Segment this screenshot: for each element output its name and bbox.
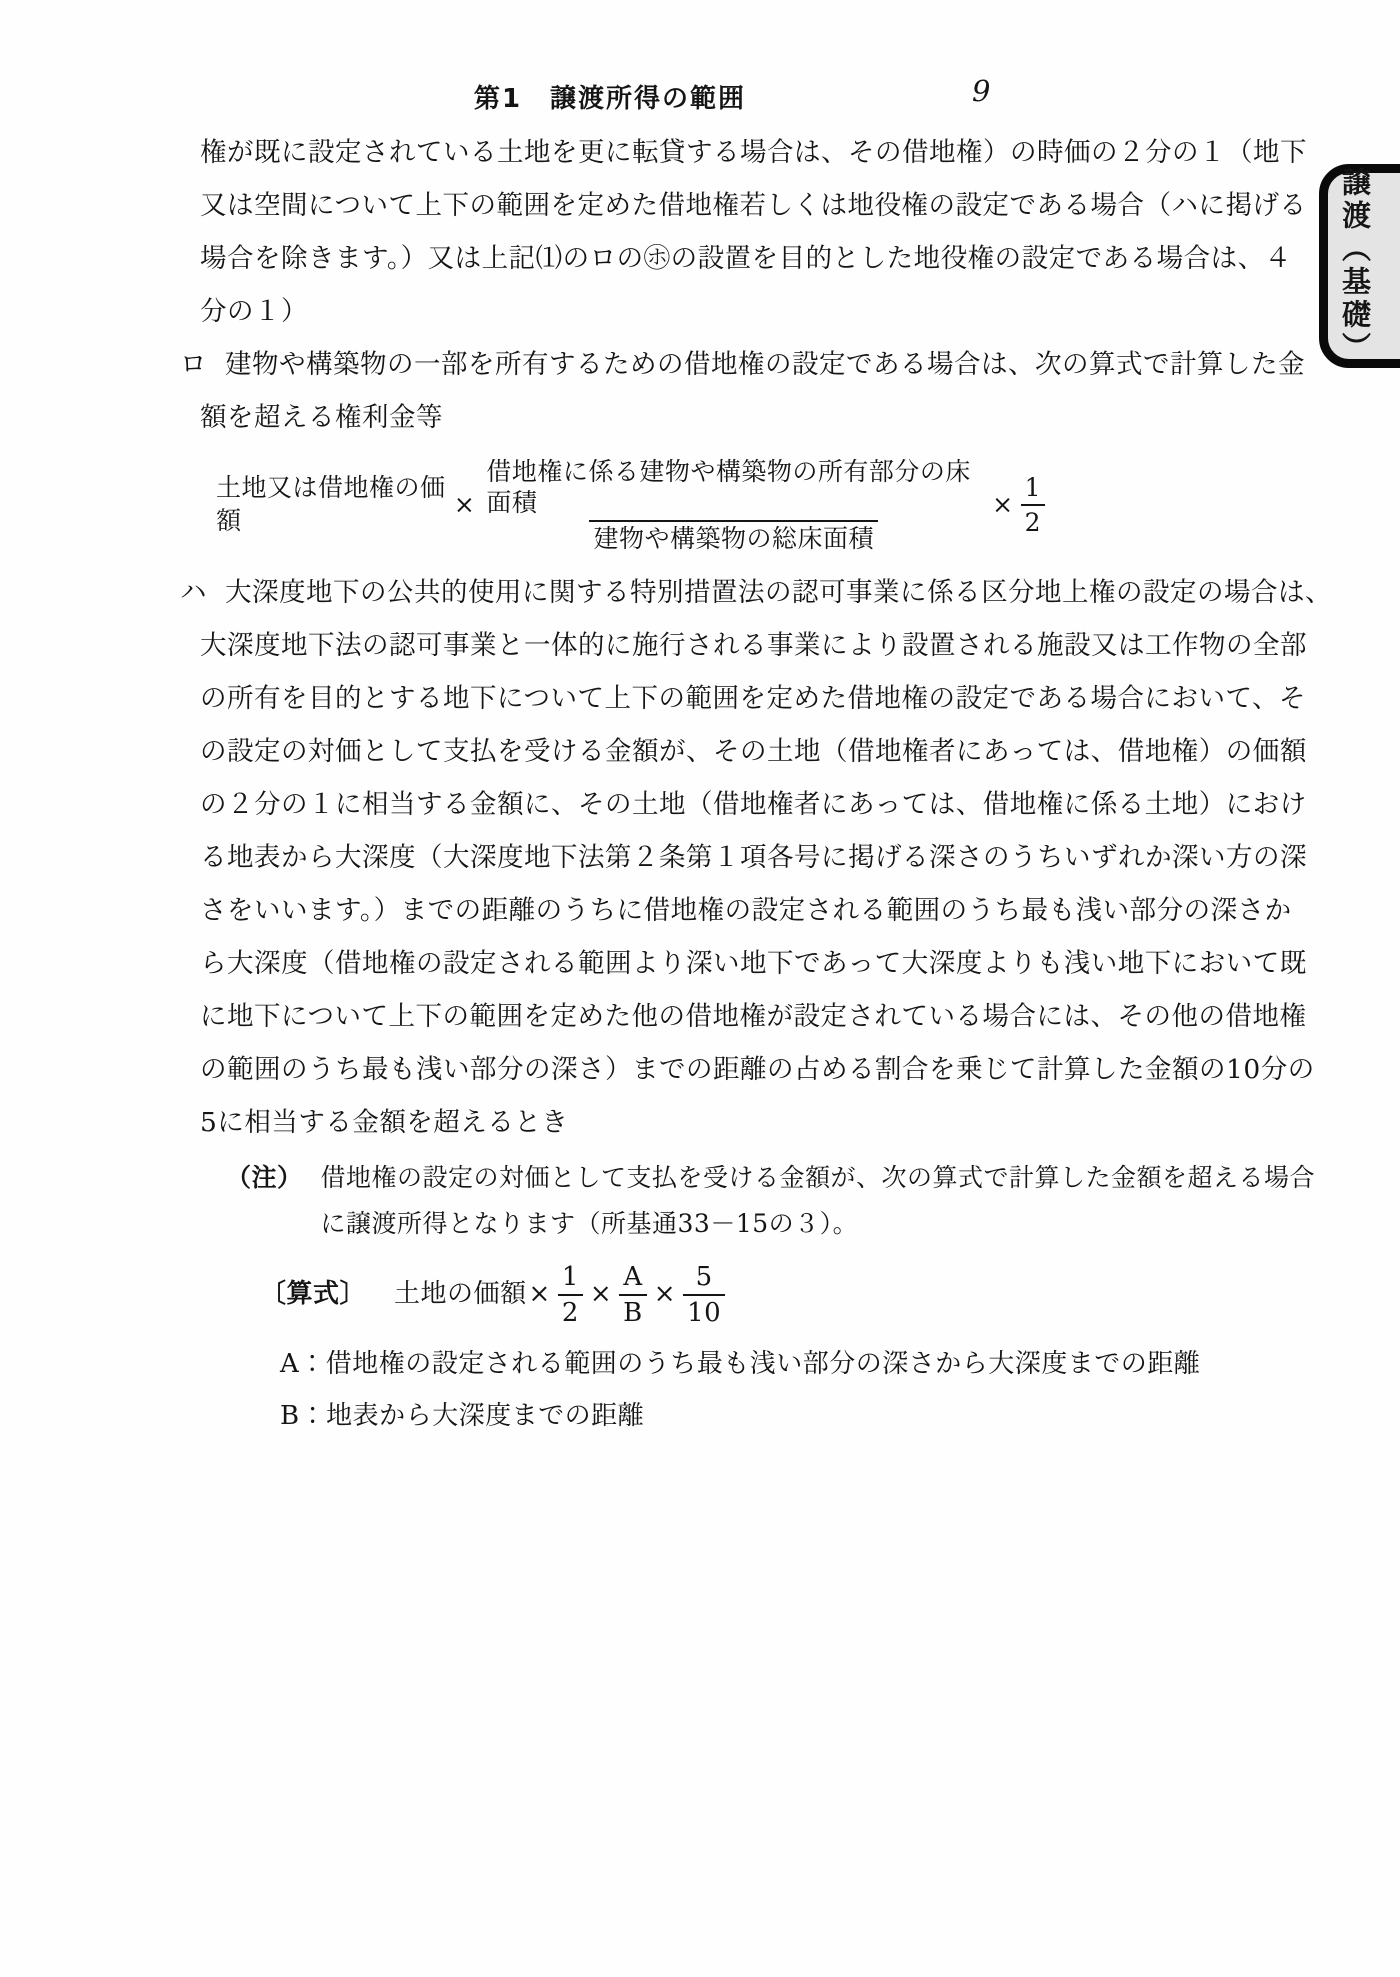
- document-page: 第1 譲渡所得の範囲 9 譲渡（基礎） 権が既に設定されている土地を更に転貸する…: [0, 0, 1400, 1977]
- note-marker: （注）: [226, 1155, 303, 1247]
- formula2-fraction-ab: A B: [619, 1261, 647, 1330]
- side-tab-label: 譲渡（基礎）: [1340, 167, 1369, 365]
- formula1-half-fraction: 1 2: [1021, 472, 1045, 539]
- fraction-denominator: 2: [1021, 504, 1045, 538]
- page-title: 第1 譲渡所得の範囲: [180, 78, 1040, 115]
- formula1-prefix: 土地又は借地権の価額: [216, 472, 452, 537]
- item-ha-cont-line: に地下について上下の範囲を定めた他の借地権が設定されている場合には、その他の借地…: [180, 990, 1050, 1043]
- item-ha-cont-line: ら大深度（借地権の設定される範囲より深い地下であって大深度よりも浅い地下において…: [180, 937, 1050, 990]
- fraction-numerator: 1: [558, 1261, 583, 1295]
- formula2-prefix: 土地の価額: [394, 1278, 527, 1312]
- multiply-sign: ×: [527, 1278, 553, 1312]
- item-ro-marker: ロ: [180, 338, 207, 391]
- definition-a: A：借地権の設定される範囲のうち最も浅い部分の深さから大深度までの距離: [280, 1338, 1050, 1390]
- fraction-denominator: 2: [558, 1294, 583, 1330]
- intro-line: 又は空間について上下の範囲を定めた借地権若しくは地役権の設定である場合（ハに掲げ…: [180, 179, 1050, 232]
- item-ha-cont-line: 5に相当する金額を超えるとき: [180, 1096, 1050, 1149]
- item-ha-cont-line: 大深度地下法の認可事業と一体的に施行される事業により設置される施設又は工作物の全…: [180, 619, 1050, 672]
- note-lines: 借地権の設定の対価として支払を受ける金額が、次の算式で計算した金額を超える場合 …: [321, 1155, 1316, 1247]
- fraction-denominator: 10: [683, 1294, 725, 1330]
- fraction-numerator: 5: [692, 1261, 717, 1295]
- item-ro-text: 建物や構築物の一部を所有するための借地権の設定である場合は、次の算式で計算した金: [225, 338, 1305, 391]
- item-ha-cont-line: さをいいます。）までの距離のうちに借地権の設定される範囲のうち最も浅い部分の深さ…: [180, 884, 1050, 937]
- fraction-denominator: 建物や構築物の総床面積: [589, 520, 878, 554]
- item-ro-first-line: ロ 建物や構築物の一部を所有するための借地権の設定である場合は、次の算式で計算し…: [180, 338, 1050, 391]
- intro-line: 分の１）: [180, 285, 1050, 338]
- note-line: に譲渡所得となります（所基通33－15の３）。: [321, 1201, 1316, 1247]
- page-number: 9: [972, 74, 990, 108]
- item-ha-cont-line: の設定の対価として支払を受ける金額が、その土地（借地権者にあっては、借地権）の価…: [180, 725, 1050, 778]
- note-line: 借地権の設定の対価として支払を受ける金額が、次の算式で計算した金額を超える場合: [321, 1155, 1316, 1201]
- body-text-column: 権が既に設定されている土地を更に転貸する場合は、その借地権）の時価の２分の１（地…: [180, 126, 1050, 1442]
- formula2-fraction-510: 5 10: [683, 1261, 725, 1330]
- fraction-denominator: B: [619, 1294, 647, 1330]
- item-ha-cont-line: の所有を目的とする地下について上下の範囲を定めた借地権の設定である場合において、…: [180, 672, 1050, 725]
- fraction-numerator: A: [619, 1261, 646, 1295]
- definition-b: B：地表から大深度までの距離: [280, 1390, 1050, 1442]
- multiply-sign: ×: [652, 1278, 678, 1312]
- formula2-label: 〔算式〕: [260, 1278, 366, 1312]
- item-ha-first-line: ハ 大深度地下の公共的使用に関する特別措置法の認可事業に係る区分地上権の設定の場…: [180, 566, 1050, 619]
- variable-definitions: A：借地権の設定される範囲のうち最も浅い部分の深さから大深度までの距離 B：地表…: [280, 1338, 1050, 1442]
- item-ha-text: 大深度地下の公共的使用に関する特別措置法の認可事業に係る区分地上権の設定の場合は…: [225, 566, 1332, 619]
- intro-line: 場合を除きます。）又は上記⑴のロの㋭の設置を目的とした地役権の設定である場合は、…: [180, 232, 1050, 285]
- item-ha-marker: ハ: [180, 566, 207, 619]
- intro-line: 権が既に設定されている土地を更に転貸する場合は、その借地権）の時価の２分の１（地…: [180, 126, 1050, 179]
- note-block: （注） 借地権の設定の対価として支払を受ける金額が、次の算式で計算した金額を超え…: [226, 1155, 1050, 1247]
- fraction-numerator: 1: [1021, 472, 1045, 504]
- multiply-sign: ×: [452, 489, 477, 522]
- formula2-fraction-half: 1 2: [558, 1261, 583, 1330]
- item-ha-cont-line: の範囲のうち最も浅い部分の深さ）までの距離の占める割合を乗じて計算した金額の10…: [180, 1043, 1050, 1096]
- multiply-sign: ×: [990, 489, 1015, 522]
- item-ha-cont-line: の２分の１に相当する金額に、その土地（借地権者にあっては、借地権に係る土地）にお…: [180, 778, 1050, 831]
- chapter-side-tab: 譲渡（基礎）: [1319, 164, 1400, 368]
- item-ro-cont-line: 額を超える権利金等: [180, 391, 1050, 444]
- item-ha-cont-line: る地表から大深度（大深度地下法第２条第１項各号に掲げる深さのうちいずれか深い方の…: [180, 831, 1050, 884]
- floor-area-formula: 土地又は借地権の価額 × 借地権に係る建物や構築物の所有部分の床面積 建物や構築…: [216, 456, 1050, 554]
- formula1-main-fraction: 借地権に係る建物や構築物の所有部分の床面積 建物や構築物の総床面積: [482, 456, 985, 554]
- multiply-sign: ×: [588, 1278, 614, 1312]
- fraction-numerator: 借地権に係る建物や構築物の所有部分の床面積: [482, 456, 985, 520]
- sanshiki-formula: 〔算式〕 土地の価額 × 1 2 × A B × 5 10: [260, 1261, 1050, 1330]
